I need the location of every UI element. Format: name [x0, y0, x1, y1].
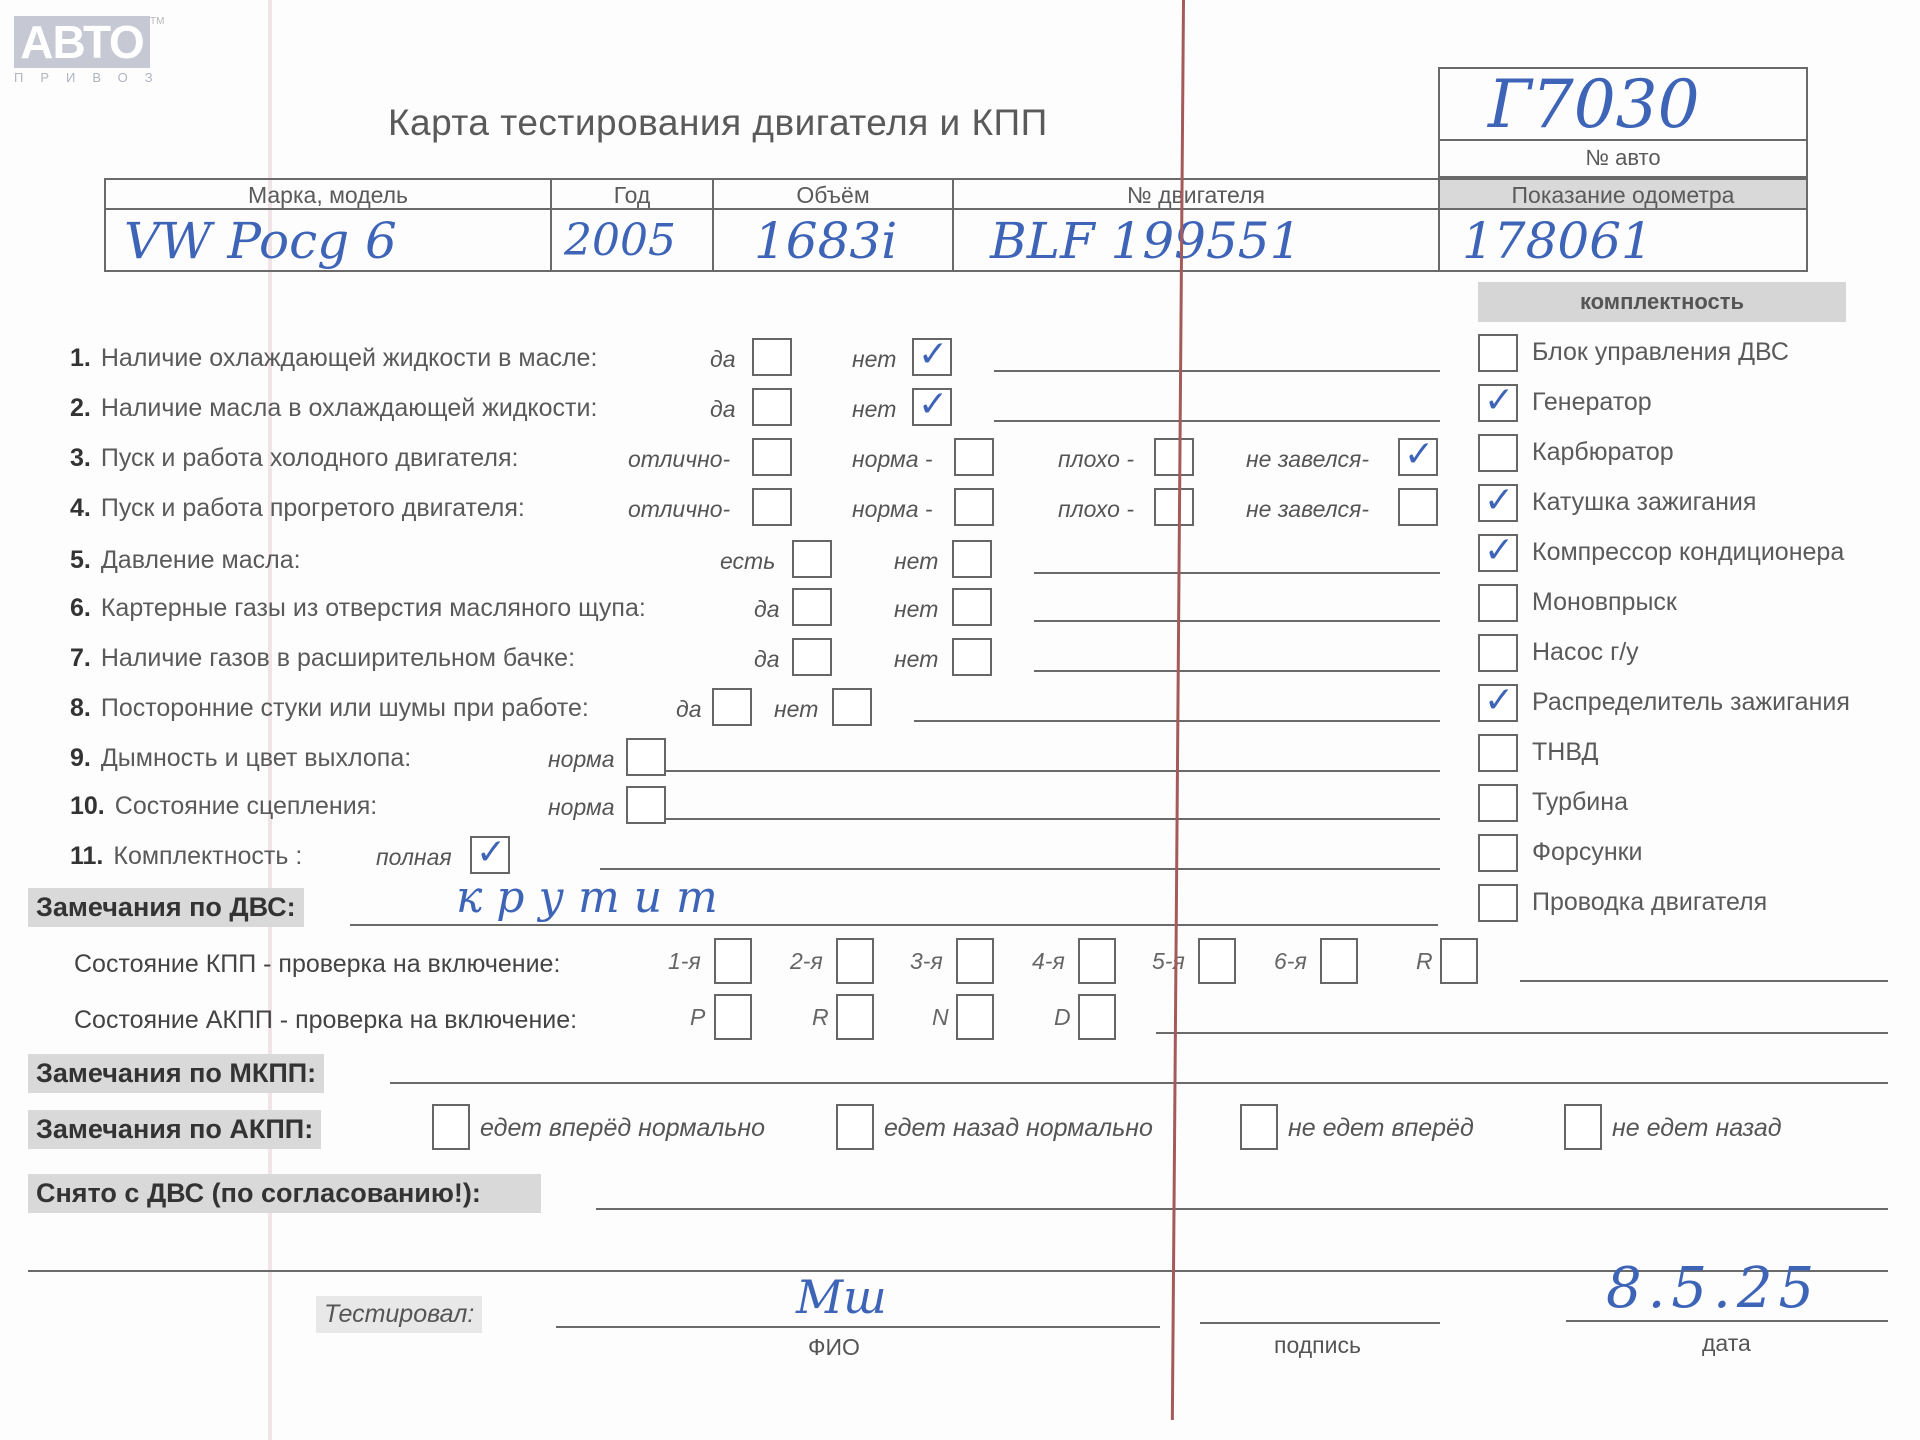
completeness-checkbox[interactable]: [1478, 884, 1518, 922]
question-number: 2.: [70, 394, 91, 422]
question-number: 1.: [70, 344, 91, 372]
akpp-remarks-label: Замечания по АКПП:: [28, 1110, 321, 1149]
signature-caption: подпись: [1274, 1332, 1361, 1359]
engine-remarks-value[interactable]: крутит: [456, 872, 732, 923]
column-header: Объём: [714, 180, 952, 210]
question-number: 10.: [70, 792, 105, 820]
car-number-label: № авто: [1440, 141, 1806, 175]
question-label: 9.Дымность и цвет выхлопа:: [70, 744, 411, 773]
engine-number-value[interactable]: BLF 199551: [954, 210, 1438, 272]
option-label: да: [754, 596, 780, 623]
option-label: плохо -: [1058, 496, 1134, 523]
completeness-checkbox[interactable]: ✓: [1478, 384, 1518, 422]
option-label: нет: [852, 346, 896, 373]
answer-line[interactable]: [994, 370, 1440, 372]
logo-trademark: TM: [150, 16, 164, 27]
question-label: 1.Наличие охлаждающей жидкости в масле:: [70, 344, 597, 373]
option-checkbox[interactable]: [712, 688, 752, 726]
completeness-checkbox[interactable]: [1478, 334, 1518, 372]
option-label: нет: [852, 396, 896, 423]
option-checkbox[interactable]: [752, 338, 792, 376]
question-label: 8.Посторонние стуки или шумы при работе:: [70, 694, 589, 723]
gear-label: D: [1054, 1004, 1071, 1031]
akpp-option-label: не едет назад: [1612, 1114, 1782, 1143]
akpp-option-checkbox[interactable]: [1564, 1104, 1602, 1150]
checkmark-icon: ✓: [918, 384, 948, 425]
mkpp-remarks-label: Замечания по МКПП:: [28, 1054, 324, 1093]
option-label: нет: [894, 548, 938, 575]
gear-checkbox[interactable]: [1320, 938, 1358, 984]
gear-label: 2-я: [790, 948, 823, 975]
question-label: 6.Картерные газы из отверстия масляного …: [70, 594, 646, 623]
gear-label: 6-я: [1274, 948, 1307, 975]
answer-line[interactable]: [994, 420, 1440, 422]
column-volume: Объём 1683i: [714, 180, 954, 270]
gear-checkbox[interactable]: [1078, 938, 1116, 984]
completeness-item-label: Катушка зажигания: [1532, 488, 1756, 517]
completeness-item-label: Карбюратор: [1532, 438, 1674, 467]
completeness-item-label: Турбина: [1532, 788, 1628, 817]
question-text: Посторонние стуки или шумы при работе:: [101, 694, 589, 722]
column-model: Марка, модель VW Pocg 6: [106, 180, 552, 270]
question-label: 4.Пуск и работа прогретого двигателя:: [70, 494, 525, 523]
completeness-item-label: Насос г/у: [1532, 638, 1639, 667]
option-label: нет: [894, 596, 938, 623]
car-number-value[interactable]: Г7030: [1440, 69, 1806, 141]
option-label: да: [710, 396, 736, 423]
checkmark-icon: ✓: [1484, 380, 1514, 421]
answer-line[interactable]: [666, 770, 1440, 772]
date-value[interactable]: 8.5.25: [1606, 1256, 1820, 1321]
column-header: № двигателя: [954, 180, 1438, 210]
gear-checkbox[interactable]: [1198, 938, 1236, 984]
manual-gearbox-label: Состояние КПП - проверка на включение:: [74, 950, 560, 979]
gear-label: R: [812, 1004, 829, 1031]
question-number: 7.: [70, 644, 91, 672]
question-label: 11.Комплектность :: [70, 842, 302, 871]
odometer-value[interactable]: 178061: [1440, 210, 1806, 272]
completeness-checkbox[interactable]: [1478, 434, 1518, 472]
completeness-checkbox[interactable]: [1478, 584, 1518, 622]
model-value[interactable]: VW Pocg 6: [106, 210, 550, 272]
year-value[interactable]: 2005: [552, 210, 712, 272]
gear-checkbox[interactable]: [956, 938, 994, 984]
auto-gearbox-line: [1156, 1032, 1888, 1034]
gear-checkbox[interactable]: [714, 994, 752, 1040]
gear-label: 1-я: [668, 948, 701, 975]
option-checkbox[interactable]: ✓: [912, 338, 952, 376]
option-checkbox[interactable]: [1154, 438, 1194, 476]
gear-checkbox[interactable]: [956, 994, 994, 1040]
removed-label: Снято с ДВС (по согласованию!):: [28, 1174, 541, 1213]
gear-label: P: [690, 1004, 705, 1031]
option-label: да: [710, 346, 736, 373]
odometer-box: Показание одометра 178061: [1438, 178, 1808, 272]
option-checkbox[interactable]: [954, 488, 994, 526]
column-engine-number: № двигателя BLF 199551: [954, 180, 1438, 270]
akpp-option-checkbox[interactable]: [1240, 1104, 1278, 1150]
question-text: Картерные газы из отверстия масляного щу…: [101, 594, 646, 622]
mkpp-remarks-line[interactable]: [390, 1082, 1888, 1084]
answer-line[interactable]: [600, 868, 1440, 870]
option-label: не завелся-: [1246, 446, 1369, 473]
gear-checkbox[interactable]: [1078, 994, 1116, 1040]
option-label: не завелся-: [1246, 496, 1369, 523]
option-checkbox[interactable]: [952, 588, 992, 626]
option-label: норма -: [852, 496, 933, 523]
option-checkbox[interactable]: [626, 786, 666, 824]
option-checkbox[interactable]: [792, 540, 832, 578]
option-label: норма: [548, 794, 615, 821]
column-header: Год: [552, 180, 712, 210]
checkmark-icon: ✓: [1484, 480, 1514, 521]
option-label: есть: [720, 548, 775, 575]
question-text: Пуск и работа холодного двигателя:: [101, 444, 519, 472]
column-header: Марка, модель: [106, 180, 550, 210]
name-line: [556, 1326, 1160, 1328]
answer-line[interactable]: [1034, 670, 1440, 672]
option-label: отлично-: [628, 496, 730, 523]
question-number: 4.: [70, 494, 91, 522]
completeness-checkbox[interactable]: [1478, 634, 1518, 672]
completeness-checkbox[interactable]: [1478, 834, 1518, 872]
option-label: норма: [548, 746, 615, 773]
option-checkbox[interactable]: [1398, 488, 1438, 526]
question-text: Комплектность :: [113, 842, 302, 870]
gear-checkbox[interactable]: [836, 994, 874, 1040]
vehicle-info-table: Марка, модель VW Pocg 6 Год 2005 Объём 1…: [104, 178, 1440, 272]
manual-gearbox-line: [1520, 980, 1888, 982]
gear-label: 5-я: [1152, 948, 1185, 975]
engine-remarks-line: [350, 924, 1438, 926]
option-checkbox[interactable]: [752, 488, 792, 526]
option-checkbox[interactable]: [954, 438, 994, 476]
akpp-option-checkbox[interactable]: [836, 1104, 874, 1150]
question-text: Наличие охлаждающей жидкости в масле:: [101, 344, 598, 372]
answer-line[interactable]: [666, 818, 1440, 820]
checkmark-icon: ✓: [1484, 530, 1514, 571]
gear-label: R: [1416, 948, 1433, 975]
checkmark-icon: ✓: [1484, 680, 1514, 721]
answer-line[interactable]: [1034, 620, 1440, 622]
question-number: 3.: [70, 444, 91, 472]
completeness-item-label: Компрессор кондиционера: [1532, 538, 1844, 567]
akpp-option-checkbox[interactable]: [432, 1104, 470, 1150]
option-checkbox[interactable]: [952, 540, 992, 578]
option-label: нет: [894, 646, 938, 673]
car-number-box: Г7030 № авто: [1438, 67, 1808, 178]
checkmark-icon: ✓: [476, 832, 506, 873]
question-label: 7.Наличие газов в расширительном бачке:: [70, 644, 575, 673]
option-checkbox[interactable]: [792, 638, 832, 676]
option-checkbox[interactable]: [832, 688, 872, 726]
completeness-item-label: Распределитель зажигания: [1532, 688, 1850, 717]
question-number: 9.: [70, 744, 91, 772]
odometer-label: Показание одометра: [1440, 180, 1806, 210]
completeness-checkbox[interactable]: [1478, 734, 1518, 772]
logo-subtitle: ПРИВОЗ: [14, 70, 170, 85]
akpp-option-label: не едет вперёд: [1288, 1114, 1474, 1143]
option-checkbox[interactable]: ✓: [912, 388, 952, 426]
completeness-item-label: Моновпрыск: [1532, 588, 1677, 617]
question-number: 6.: [70, 594, 91, 622]
completeness-checkbox[interactable]: [1478, 784, 1518, 822]
option-label: полная: [376, 844, 452, 871]
completeness-item-label: Форсунки: [1532, 838, 1643, 867]
auto-gearbox-label: Состояние АКПП - проверка на включение:: [74, 1006, 577, 1035]
option-label: отлично-: [628, 446, 730, 473]
option-checkbox[interactable]: [952, 638, 992, 676]
question-label: 10.Состояние сцепления:: [70, 792, 377, 821]
gear-checkbox[interactable]: [1440, 938, 1478, 984]
question-label: 2.Наличие масла в охлаждающей жидкости:: [70, 394, 597, 423]
engine-remarks-label: Замечания по ДВС:: [28, 888, 304, 927]
question-text: Состояние сцепления:: [115, 792, 377, 820]
date-caption: дата: [1702, 1330, 1751, 1357]
gear-label: 4-я: [1032, 948, 1065, 975]
signature-line[interactable]: [1200, 1322, 1440, 1324]
removed-line[interactable]: [596, 1208, 1888, 1210]
option-checkbox[interactable]: ✓: [1398, 438, 1438, 476]
option-checkbox[interactable]: [752, 438, 792, 476]
volume-value[interactable]: 1683i: [714, 210, 952, 272]
completeness-checkbox[interactable]: ✓: [1478, 684, 1518, 722]
akpp-option-label: едет вперёд нормально: [480, 1114, 765, 1143]
completeness-item-label: ТНВД: [1532, 738, 1598, 767]
akpp-option-label: едет назад нормально: [884, 1114, 1153, 1143]
completeness-checkbox[interactable]: ✓: [1478, 534, 1518, 572]
column-year: Год 2005: [552, 180, 714, 270]
completeness-item-label: Генератор: [1532, 388, 1652, 417]
question-text: Дымность и цвет выхлопа:: [101, 744, 411, 772]
logo-avto: АВТО: [14, 16, 150, 68]
option-label: норма -: [852, 446, 933, 473]
option-checkbox[interactable]: ✓: [470, 836, 510, 874]
question-label: 3.Пуск и работа холодного двигателя:: [70, 444, 518, 473]
option-checkbox[interactable]: [1154, 488, 1194, 526]
option-label: да: [754, 646, 780, 673]
completeness-item-label: Блок управления ДВС: [1532, 338, 1789, 367]
option-checkbox[interactable]: [792, 588, 832, 626]
question-text: Давление масла:: [101, 546, 301, 574]
form-title: Карта тестирования двигателя и КПП: [388, 102, 1048, 144]
option-checkbox[interactable]: [752, 388, 792, 426]
completeness-header: комплектность: [1478, 282, 1846, 322]
option-label: да: [676, 696, 702, 723]
question-text: Наличие газов в расширительном бачке:: [101, 644, 575, 672]
name-caption: ФИО: [808, 1334, 860, 1361]
gear-label: N: [932, 1004, 949, 1031]
gear-checkbox[interactable]: [836, 938, 874, 984]
tested-by-label: Тестировал:: [316, 1296, 482, 1333]
option-label: нет: [774, 696, 818, 723]
answer-line[interactable]: [1034, 572, 1440, 574]
name-value[interactable]: Мш: [796, 1270, 887, 1324]
checkmark-icon: ✓: [1404, 434, 1434, 475]
gear-label: 3-я: [910, 948, 943, 975]
question-number: 8.: [70, 694, 91, 722]
gear-checkbox[interactable]: [714, 938, 752, 984]
question-text: Наличие масла в охлаждающей жидкости:: [101, 394, 598, 422]
question-text: Пуск и работа прогретого двигателя:: [101, 494, 525, 522]
option-label: плохо -: [1058, 446, 1134, 473]
option-checkbox[interactable]: [626, 738, 666, 776]
checkmark-icon: ✓: [918, 334, 948, 375]
completeness-item-label: Проводка двигателя: [1532, 888, 1767, 917]
question-number: 11.: [70, 842, 103, 870]
question-label: 5.Давление масла:: [70, 546, 301, 575]
question-number: 5.: [70, 546, 91, 574]
completeness-checkbox[interactable]: ✓: [1478, 484, 1518, 522]
